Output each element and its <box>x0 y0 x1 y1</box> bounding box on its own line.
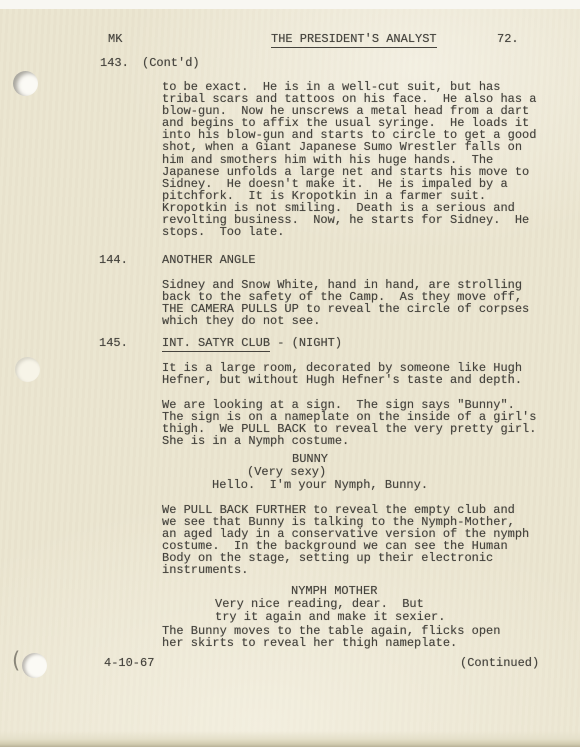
script-title: THE PRESIDENT'S ANALYST <box>271 33 437 45</box>
scene-144-number: 144. <box>99 254 128 266</box>
scene-145-action-paragraph-2: We are looking at a sign. The sign says … <box>162 399 536 447</box>
scene-145-action-paragraph-1: It is a large room, decorated by someone… <box>162 362 522 386</box>
revision-date: 4-10-67 <box>104 657 154 669</box>
scene-143-action-paragraph: to be exact. He is in a well-cut suit, b… <box>162 81 536 238</box>
hole-punch-top <box>13 71 38 96</box>
scene-143-continued-label: (Cont'd) <box>142 57 200 69</box>
hole-punch-bottom <box>22 653 47 678</box>
pencil-paren-mark: ( <box>12 647 20 672</box>
scene-143-number: 143. <box>100 57 129 69</box>
scene-145-action-paragraph-3: We PULL BACK FURTHER to reveal the empty… <box>162 504 529 577</box>
dialogue-parenthetical-bunny: (Very sexy) <box>247 466 326 479</box>
scene-145-heading-slug: INT. SATYR CLUB <box>162 336 270 352</box>
scene-145-action-paragraph-4: The Bunny moves to the table again, flic… <box>162 625 500 649</box>
scene-145-heading-time: - (NIGHT) <box>270 336 342 350</box>
scene-144-heading: ANOTHER ANGLE <box>162 254 256 266</box>
page-number: 72. <box>497 33 519 45</box>
dialogue-line-bunny: Hello. I'm your Nymph, Bunny. <box>212 479 428 492</box>
typist-initials: MK <box>108 33 122 45</box>
dialogue-character-bunny: BUNNY <box>292 453 328 466</box>
scanned-script-page: ( MK THE PRESIDENT'S ANALYST 72. 143. (C… <box>0 0 580 747</box>
scene-144-action-paragraph: Sidney and Snow White, hand in hand, are… <box>162 279 529 327</box>
continued-label: (Continued) <box>460 657 539 669</box>
script-title-underlined-text: THE PRESIDENT'S ANALYST <box>271 32 437 48</box>
hole-punch-middle <box>15 357 40 382</box>
scene-145-heading: INT. SATYR CLUB - (NIGHT) <box>162 337 342 349</box>
dialogue-lines-nymph-mother: Very nice reading, dear. But try it agai… <box>215 598 445 623</box>
dialogue-character-nymph-mother: NYMPH MOTHER <box>291 585 377 598</box>
scene-145-number: 145. <box>99 337 128 349</box>
